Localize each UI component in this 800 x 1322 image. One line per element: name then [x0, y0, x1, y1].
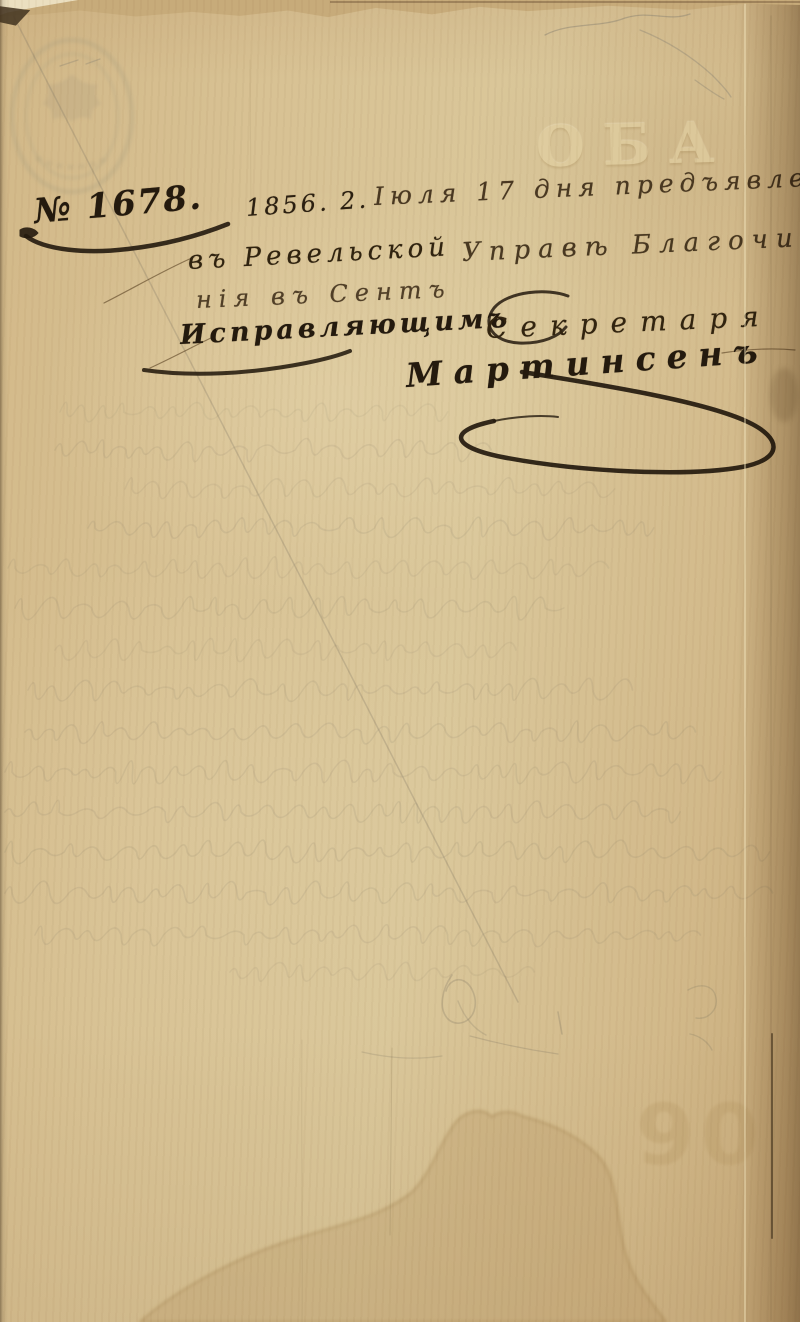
bleedthrough-text [2, 402, 775, 981]
embossed-seal [12, 40, 132, 192]
title-underline-flourish [144, 351, 350, 374]
seal-eagle-icon [42, 74, 102, 122]
bleedthrough-number: 90 [636, 1086, 765, 1184]
top-edge-line [330, 1, 800, 3]
pencil-scribbles [60, 14, 731, 99]
water-stain [140, 1111, 666, 1322]
scanned-document-page: ОБА 90 № 1678. 1856. 2. Іюля 17 дня пред… [0, 0, 800, 1322]
page-edge-left [0, 0, 8, 1322]
edge-blotch [770, 368, 798, 422]
